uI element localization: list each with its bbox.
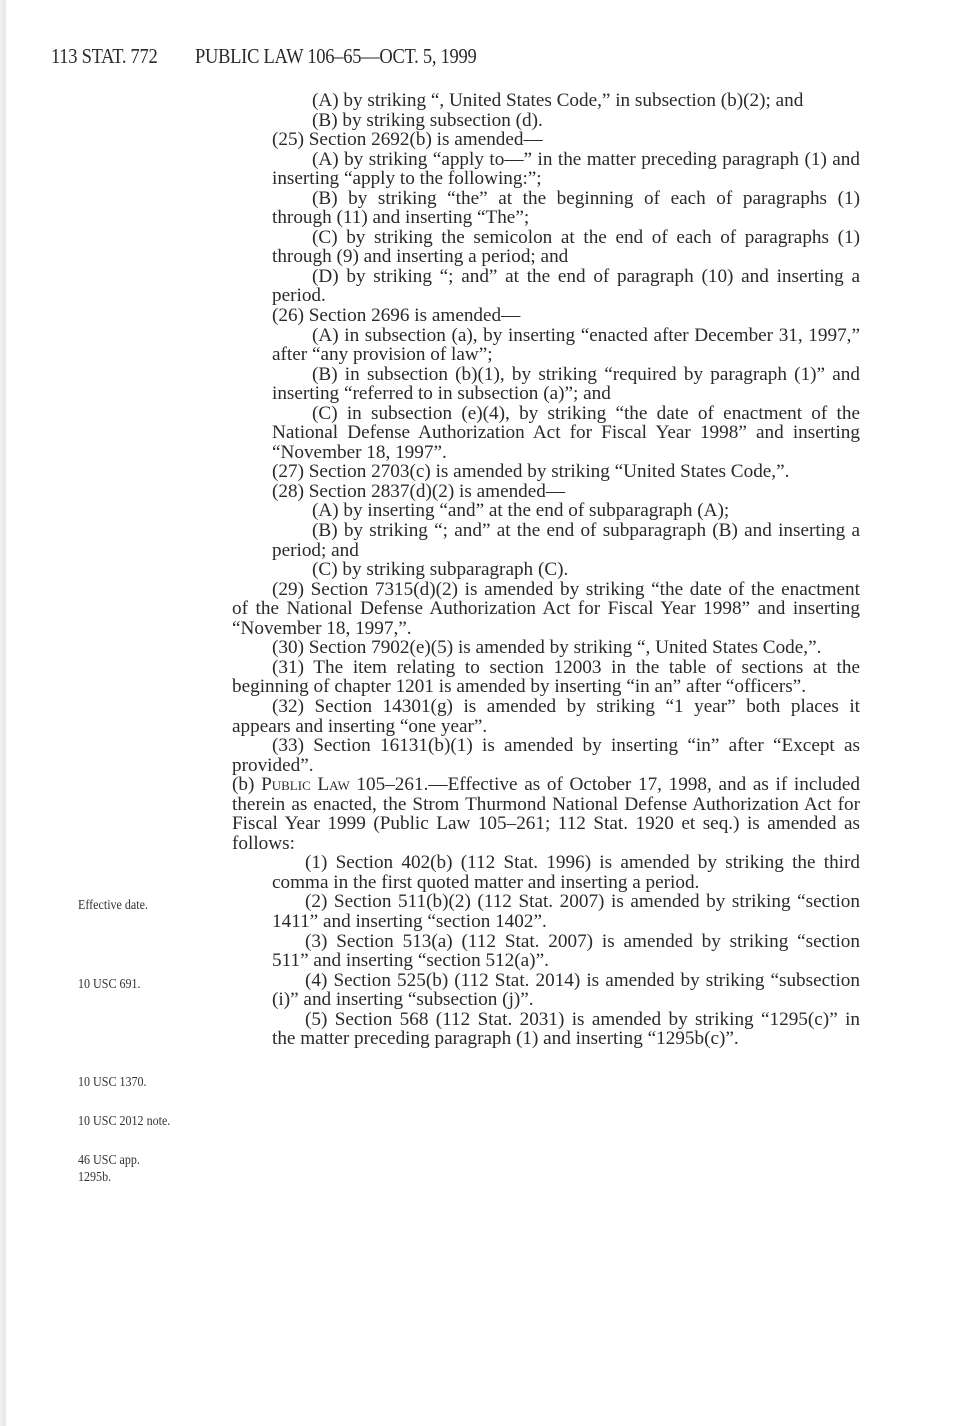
law-paragraph: (33) Section 16131(b)(1) is amended by i… [232,736,860,775]
law-paragraph: (C) by striking the semicolon at the end… [272,228,860,267]
law-paragraph: (C) by striking subparagraph (C). [272,560,860,580]
subsection-heading: Public Law [261,774,350,795]
law-paragraph: (A) by striking “apply to—” in the matte… [272,150,860,189]
law-paragraph: (5) Section 568 (112 Stat. 2031) is amen… [272,1010,860,1049]
margin-note: 10 USC 1370. [78,1074,173,1091]
law-paragraph: (31) The item relating to section 12003 … [232,658,860,697]
margin-note: 10 USC 2012 note. [78,1113,173,1130]
law-paragraph: (B) in subsection (b)(1), by striking “r… [272,365,860,404]
law-body-text: (A) by striking “, United States Code,” … [272,91,860,1049]
law-paragraph: (32) Section 14301(g) is amended by stri… [232,697,860,736]
law-paragraph: (29) Section 7315(d)(2) is amended by st… [232,580,860,639]
law-paragraph: (28) Section 2837(d)(2) is amended— [272,482,860,502]
law-paragraph: (A) by inserting “and” at the end of sub… [272,501,860,521]
law-paragraph: (4) Section 525(b) (112 Stat. 2014) is a… [272,971,860,1010]
law-paragraph: (26) Section 2696 is amended— [272,306,860,326]
page-stat-reference: 113 STAT. 772 [51,44,157,69]
running-title: PUBLIC LAW 106–65—OCT. 5, 1999 [195,44,476,69]
page-edge-shadow [0,0,7,1426]
law-paragraph: (27) Section 2703(c) is amended by strik… [232,462,860,482]
law-paragraph: (A) by striking “, United States Code,” … [272,91,860,111]
law-paragraph: (B) by striking “the” at the beginning o… [272,189,860,228]
margin-note: 46 USC app. 1295b. [78,1152,173,1186]
law-paragraph: (3) Section 513(a) (112 Stat. 2007) is a… [272,932,860,971]
law-paragraph: (2) Section 511(b)(2) (112 Stat. 2007) i… [272,892,860,931]
subsection-label: (b) [232,774,261,795]
law-paragraph: (25) Section 2692(b) is amended— [272,130,860,150]
law-paragraph: (b) Public Law 105–261.—Effective as of … [232,775,860,853]
law-paragraph: (A) in subsection (a), by inserting “ena… [272,326,860,365]
law-paragraph: (B) by striking subsection (d). [272,111,860,131]
law-paragraph: (30) Section 7902(e)(5) is amended by st… [232,638,860,658]
margin-note: 10 USC 691. [78,976,173,993]
law-paragraph: (B) by striking “; and” at the end of su… [272,521,860,560]
law-paragraph: (1) Section 402(b) (112 Stat. 1996) is a… [272,853,860,892]
law-paragraph: (D) by striking “; and” at the end of pa… [272,267,860,306]
margin-note: Effective date. [78,897,173,914]
law-paragraph: (C) in subsection (e)(4), by striking “t… [272,404,860,463]
